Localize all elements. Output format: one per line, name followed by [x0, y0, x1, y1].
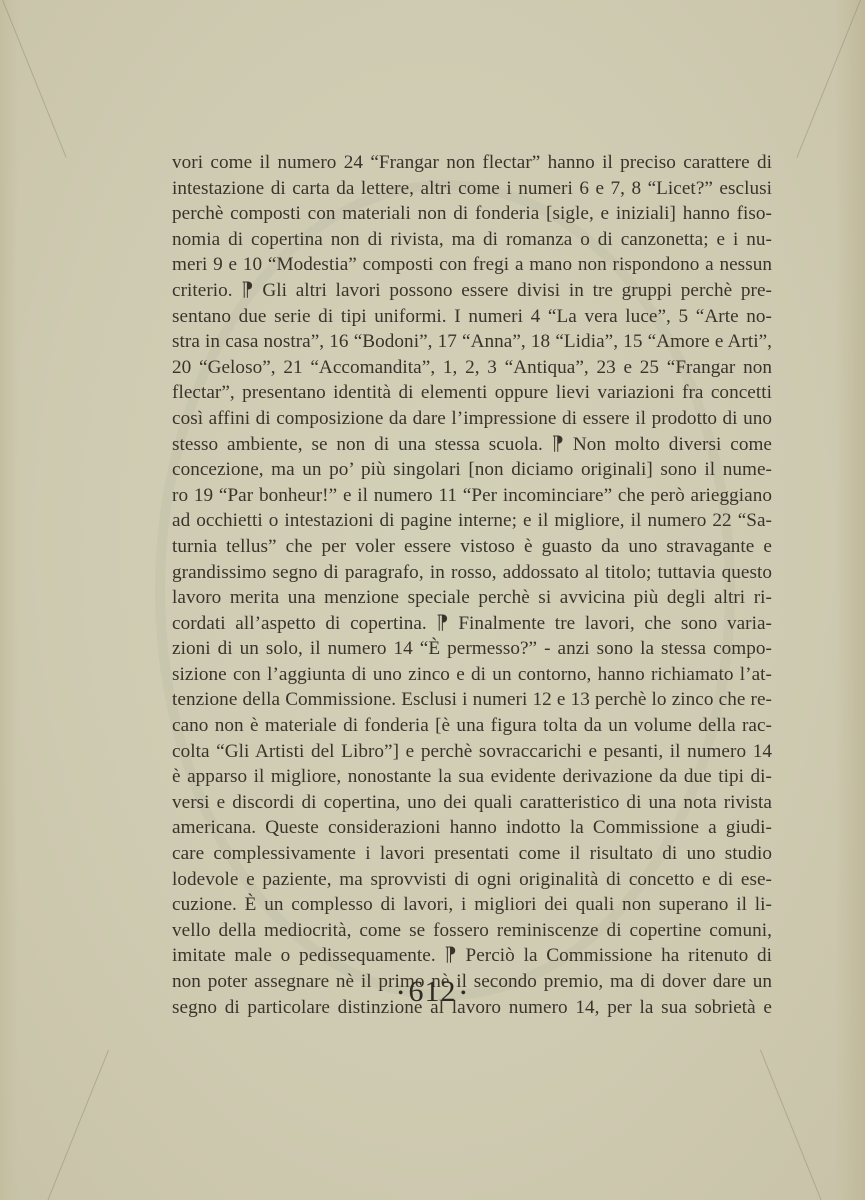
body-text: vori come il numero 24 “Frangar non flec…	[172, 150, 772, 1020]
text-line: vello della mediocrità, come se fossero …	[172, 918, 772, 944]
text-line: stesso ambiente, se non di una stessa sc…	[172, 432, 772, 458]
text-line: ad occhietti o intestazioni di pagine in…	[172, 508, 772, 534]
text-line: vori come il numero 24 “Frangar non flec…	[172, 150, 772, 176]
text-line: perchè composti con materiali non di fon…	[172, 201, 772, 227]
folio-ornament-right: •	[461, 985, 468, 1002]
text-line: colta “Gli Artisti del Libro”] e perchè …	[172, 739, 772, 765]
crease-line-bottom-right	[760, 1050, 823, 1200]
text-line: così affini di composizione da dare l’im…	[172, 406, 772, 432]
text-line: americana. Queste considerazioni hanno i…	[172, 815, 772, 841]
text-line: care complessivamente i lavori presentat…	[172, 841, 772, 867]
page-edge-shadow-right	[835, 0, 865, 1200]
folio-ornament-left: •	[398, 985, 405, 1002]
text-line: meri 9 e 10 “Modestia” composti con freg…	[172, 252, 772, 278]
text-line: tenzione della Commissione. Esclusi i nu…	[172, 687, 772, 713]
text-line: concezione, ma un po’ più singolari [non…	[172, 457, 772, 483]
text-line: nomia di copertina non di rivista, ma di…	[172, 227, 772, 253]
book-page: vori come il numero 24 “Frangar non flec…	[0, 0, 865, 1200]
text-line: intestazione di carta da lettere, altri …	[172, 176, 772, 202]
text-line: grandissimo segno di paragrafo, in rosso…	[172, 560, 772, 586]
text-line: versi e discordi di copertina, uno dei q…	[172, 790, 772, 816]
text-line: 20 “Geloso”, 21 “Accomandita”, 1, 2, 3 “…	[172, 355, 772, 381]
text-line: è apparso il migliore, nonostante la sua…	[172, 764, 772, 790]
text-line: ro 19 “Par bonheur!” e il numero 11 “Per…	[172, 483, 772, 509]
text-line: imitate male o pedissequamente. ⁋ Perciò…	[172, 943, 772, 969]
text-line: lodevole e paziente, ma sprovvisti di og…	[172, 867, 772, 893]
text-line: zioni di un solo, il numero 14 “È permes…	[172, 636, 772, 662]
text-line: turnia tellus” che per voler essere vist…	[172, 534, 772, 560]
text-line: cuzione. È un complesso di lavori, i mig…	[172, 892, 772, 918]
text-line: lavoro merita una menzione speciale perc…	[172, 585, 772, 611]
text-line: sizione con l’aggiunta di uno zinco e di…	[172, 662, 772, 688]
text-line: flectar”, presentano identità di element…	[172, 380, 772, 406]
page-edge-shadow-left	[0, 0, 18, 1200]
page-number: •612•	[0, 975, 865, 1009]
text-line: cordati all’aspetto di copertina. ⁋ Fina…	[172, 611, 772, 637]
text-line: stra in casa nostra”, 16 “Bodoni”, 17 “A…	[172, 329, 772, 355]
text-line: sentano due serie di tipi uniformi. I nu…	[172, 304, 772, 330]
crease-line-bottom-left	[46, 1050, 109, 1200]
text-line: criterio. ⁋ Gli altri lavori possono ess…	[172, 278, 772, 304]
text-line: cano non è materiale di fonderia [è una …	[172, 713, 772, 739]
page-number-value: 612	[409, 975, 457, 1008]
